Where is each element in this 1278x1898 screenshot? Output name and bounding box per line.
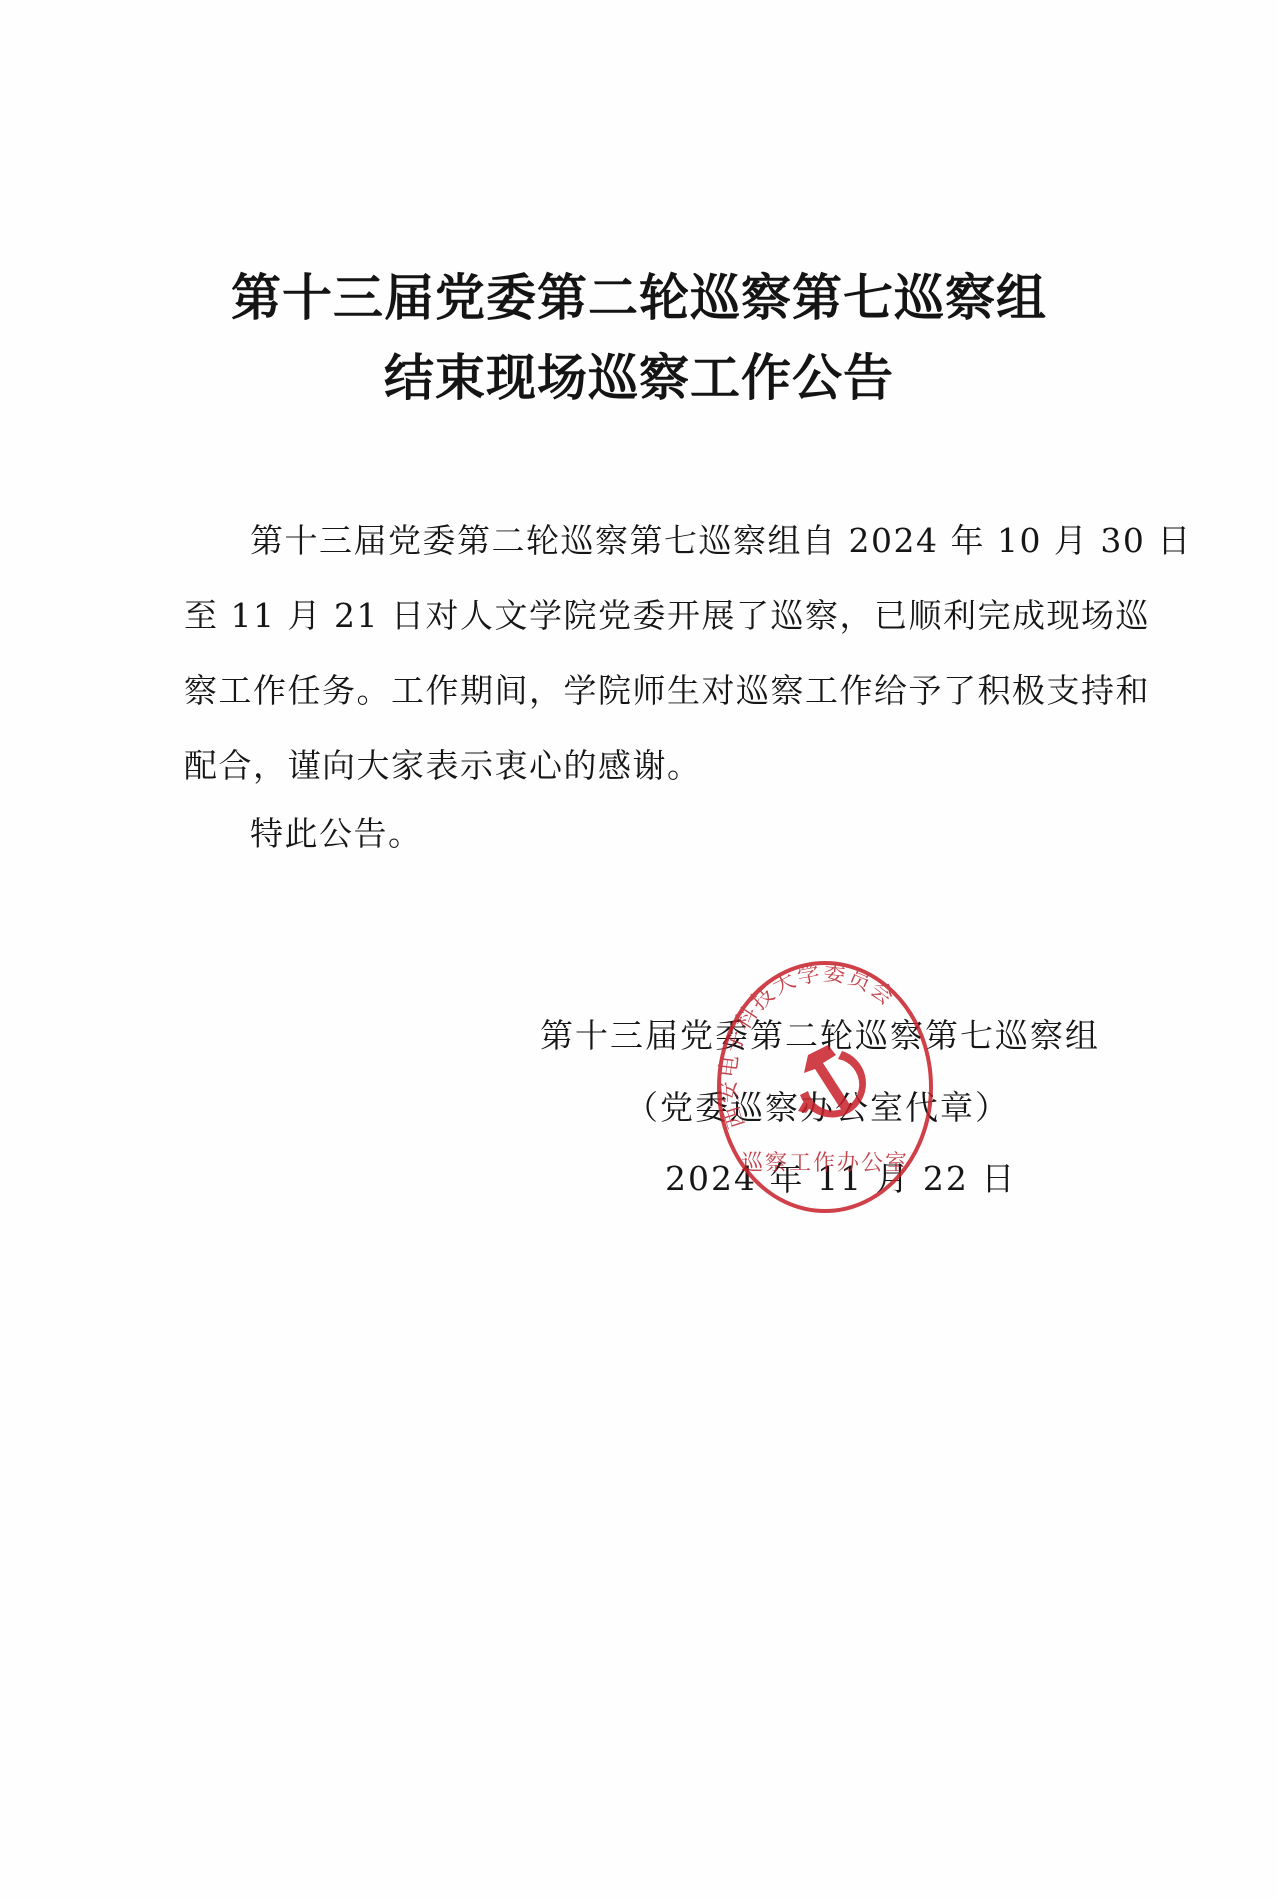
document-page: 第十三届党委第二轮巡察第七巡察组 结束现场巡察工作公告 第十三届党委第二轮巡察第… [0,0,1278,1898]
closing-statement: 特此公告。 [250,808,423,855]
body-paragraph-line-1: 第十三届党委第二轮巡察第七巡察组自 2024 年 10 月 30 日 [250,515,1192,562]
body-paragraph-line-3: 察工作任务。工作期间，学院师生对巡察工作给予了积极支持和 [184,665,1150,712]
hammer-sickle-icon [798,1045,866,1117]
document-title-line-2: 结束现场巡察工作公告 [0,338,1278,410]
body-paragraph-line-4: 配合，谨向大家表示衷心的感谢。 [184,740,702,787]
body-paragraph-line-2: 至 11 月 21 日对人文学院党委开展了巡察，已顺利完成现场巡 [184,590,1150,637]
stamp-bottom-text: 巡察工作办公室 [741,1151,909,1176]
official-seal-stamp-icon: 西安电子科技大学委员会 巡察工作办公室 [710,955,940,1220]
document-title-line-1: 第十三届党委第二轮巡察第七巡察组 [0,258,1278,330]
